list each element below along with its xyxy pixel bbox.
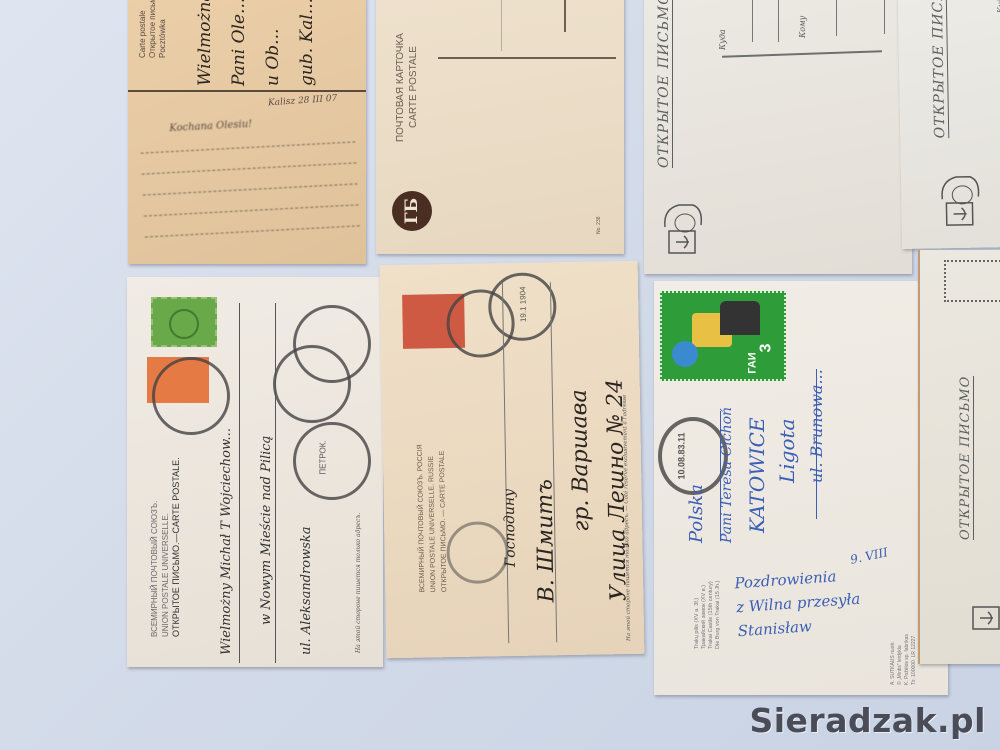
print-header: ВСЕМИРНЫЙ ПОЧТОВЫЙ СОЮЗЪ. UNION POSTALE … xyxy=(149,457,182,637)
caption-line: Trakų pilis (XV a. 3f.) xyxy=(694,581,701,649)
postcard-blank-pochtovaya: ПОЧТОВАЯ КАРТОЧКА CARTE POSTALE ГБ No. 2… xyxy=(376,0,624,254)
card-title: ОТКРЫТОЕ ПИСЬМО xyxy=(656,0,673,168)
postcard-blank-otkrytoe-3: ОТКРЫТОЕ ПИСЬМО xyxy=(918,250,1000,664)
print-header: ВСЕМИРНЫЙ ПОЧТОВЫЙ СОЮЗЪ. РОССIЯ UNION P… xyxy=(415,444,451,593)
postmark xyxy=(152,357,230,435)
catalog-number: No. 238 xyxy=(596,216,602,234)
address-line: ul. Brunowa... xyxy=(802,369,832,543)
publisher-line: A. SUTKAUS nuotr. xyxy=(890,634,897,685)
address-line: Wielmożny Michał T Wojciechow... xyxy=(207,428,247,655)
publisher-line: Tir. 100000. LR 12227 xyxy=(911,634,918,685)
address-line: Господину xyxy=(490,380,530,603)
address-handwriting: Wielmożny Michał T Wojciechow... w Nowym… xyxy=(207,428,327,655)
address-line: гр. Варшава xyxy=(562,379,602,602)
publisher-line: © „Mintis" leidykla xyxy=(897,634,904,685)
message-scribble xyxy=(142,171,357,195)
stamp-green xyxy=(151,297,217,347)
message-scribble xyxy=(144,213,359,237)
print-line: ОТКРЫТОЕ ПИСЬМО.—CARTE POSTALE. xyxy=(171,457,182,637)
postmark xyxy=(293,305,371,383)
address-handwriting: Polska Pani Teresa Cichoń KATOWICE Ligot… xyxy=(682,369,832,543)
postcard-handwritten-aged: Carte postale Открытое письмо Pocztówka … xyxy=(128,0,366,264)
rule xyxy=(884,0,885,34)
address-line: Wielmożna xyxy=(188,0,222,86)
address-line: Ligota xyxy=(772,369,802,543)
address-line: Улица Лешно № 24 xyxy=(598,379,638,602)
stamp-gai: ГАИ 3 xyxy=(660,291,786,381)
header-line: Открытое письмо xyxy=(148,0,158,58)
rule xyxy=(836,0,837,36)
address-line: Polska xyxy=(682,369,712,543)
emblem-icon xyxy=(659,201,709,257)
vertical-rule xyxy=(501,0,502,51)
header-line: Carte postale xyxy=(138,0,148,58)
address-line: KATOWICE xyxy=(742,369,772,543)
message-handwriting: Kochana Olesiu! xyxy=(139,108,360,245)
divider-line xyxy=(128,90,366,92)
card-title: ПОЧТОВАЯ КАРТОЧКА CARTE POSTALE xyxy=(394,33,420,142)
address-line: ul. Aleksandrowska xyxy=(287,428,327,655)
publisher-line: K. Požėlos sp. fabrikas xyxy=(904,634,911,685)
footer-text: На этой стороне пишется только адресъ. xyxy=(355,513,362,653)
message-scribble xyxy=(143,192,358,216)
postmark: 19.1 1904 xyxy=(488,272,557,341)
emblem-icon xyxy=(936,172,987,229)
print-line: UNION POSTALE UNIVERSELLE. xyxy=(160,457,171,637)
stamp-emblem-icon xyxy=(672,341,698,367)
photo-caption: Trakų pilis (XV a. 3f.) Тракайский замок… xyxy=(694,581,722,649)
card-title: ОТКРЫТОЕ ПИСЬМО xyxy=(958,376,974,540)
header-line: Pocztówka xyxy=(158,0,168,58)
postcard-used-warsaw: 19.1 1904 ВСЕМИРНЫЙ ПОЧТОВЫЙ СОЮЗЪ. РОСС… xyxy=(380,261,645,658)
address-line: w Nowym Mieście nad Pilicą xyxy=(247,428,287,655)
publisher-info: A. SUTKAUS nuotr. © „Mintis" leidykla K.… xyxy=(890,634,918,685)
stamp-value: 3 xyxy=(757,344,775,353)
address-handwriting: Господину В. Шмитъ гр. Варшава Улица Леш… xyxy=(490,379,638,604)
rule xyxy=(722,50,882,58)
postmark-text: 19.1 1904 xyxy=(518,286,528,322)
title-fr: CARTE POSTALE xyxy=(407,33,420,142)
watermark: Sieradzak.pl xyxy=(749,701,986,740)
address-handwriting: Wielmożna Pani Ole... u Ob... gub. Kal..… xyxy=(188,0,324,86)
caption-line: Тракайский замок (XV в.) xyxy=(701,581,708,649)
vertical-rule xyxy=(564,0,566,32)
stamp-box xyxy=(944,260,1000,302)
address-line: Pani Ole... xyxy=(222,0,256,86)
address-line: u Ob... xyxy=(256,0,290,86)
postcard-blank-otkrytoe-1: ОТКРЫТОЕ ПИСЬМО Куда Кому xyxy=(644,0,912,274)
message-handwriting: Pozdrowienia z Wilna przesyła Stanisław xyxy=(734,563,863,643)
address-line: gub. Kal... xyxy=(290,0,324,86)
publisher-logo: ГБ xyxy=(392,191,432,231)
postcard-blank-otkrytoe-2: ОТКРЫТОЕ ПИСЬМО Куда xyxy=(898,0,1000,249)
print-line: ОТКРЫТОЕ ПИСЬМО. — CARTE POSTALE xyxy=(437,444,451,592)
stamp-officer-icon xyxy=(720,301,760,335)
emblem-icon xyxy=(963,577,1000,633)
title-ru: ПОЧТОВАЯ КАРТОЧКА xyxy=(394,33,407,142)
caption-line: Trakai Castle (15th century) xyxy=(708,581,715,649)
header-text: Carte postale Открытое письмо Pocztówka xyxy=(138,0,168,58)
message-scribble xyxy=(141,150,356,174)
postcard-used-petrokov: ПЕТРОК. ВСЕМИРНЫЙ ПОЧТОВЫЙ СОЮЗЪ. UNION … xyxy=(127,277,383,667)
rule xyxy=(778,0,779,42)
card-title: ОТКРЫТОЕ ПИСЬМО xyxy=(929,0,949,138)
field-label-where: Куда xyxy=(718,29,727,50)
rule xyxy=(752,0,753,42)
field-label-whom: Кому xyxy=(798,16,807,38)
message-date: Kalisz 28 III 07 xyxy=(268,94,338,109)
postcard-used-soviet: ГАИ 3 10.08.83.11 Polska Pani Teresa Cic… xyxy=(654,281,948,695)
print-line: ВСЕМИРНЫЙ ПОЧТОВЫЙ СОЮЗЪ. xyxy=(149,457,160,637)
field-label-where: Куда xyxy=(996,0,1000,13)
address-line: В. Шмитъ xyxy=(526,380,566,603)
address-line: Pani Teresa Cichoń xyxy=(712,369,742,543)
caption-line: Die Burg von Trakai (15 Jh.) xyxy=(715,581,722,649)
address-line-rule xyxy=(438,57,616,59)
